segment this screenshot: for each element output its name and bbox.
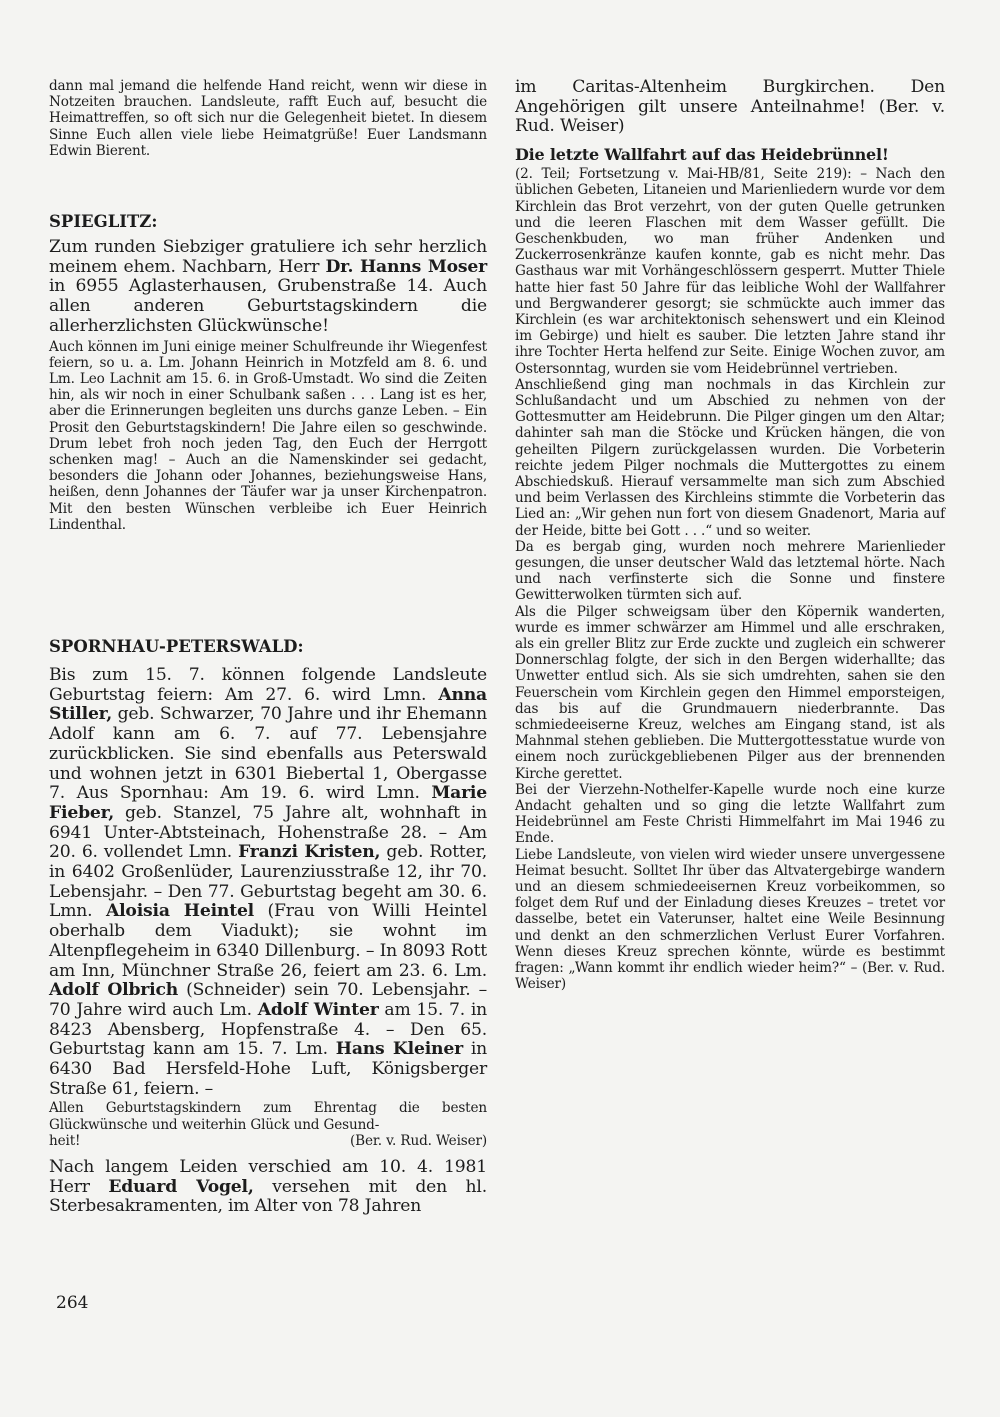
article-paragraph-5: Bei der Vierzehn-Nothelfer-Kapelle wurde…	[515, 782, 945, 847]
closing-end-text: heit!	[49, 1133, 80, 1149]
text-span: in 6955 Aglasterhausen, Grubenstraße 14.…	[49, 276, 487, 335]
section-heading-spieglitz: SPIEGLITZ:	[49, 212, 157, 231]
text-span: geb. Schwarzer, 70 Jahre und ihr Ehemann…	[49, 704, 487, 803]
bold-name: Adolf Winter	[258, 1000, 379, 1020]
bold-name: Adolf Olbrich	[49, 980, 178, 1000]
article-paragraph-6: Liebe Landsleute, von vielen wird wieder…	[515, 847, 945, 993]
spieglitz-section: Zum runden Siebziger gratuliere ich sehr…	[49, 238, 487, 533]
obituary-paragraph: Nach langem Leiden verschied am 10. 4. 1…	[49, 1158, 487, 1217]
intro-paragraph: dann mal jemand die helfende Hand reicht…	[49, 78, 487, 159]
text-span: Bis zum 15. 7. können folgende Landsleut…	[49, 665, 487, 705]
birthday-closing: Allen Geburtstagskindern zum Ehrentag di…	[49, 1100, 487, 1132]
spieglitz-schoolfriends: Auch können im Juni einige meiner Schulf…	[49, 339, 487, 533]
left-column: dann mal jemand die helfende Hand reicht…	[49, 78, 487, 159]
birthday-list-paragraph: Bis zum 15. 7. können folgende Landsleut…	[49, 666, 487, 1099]
obituary-continued: im Caritas-Altenheim Burgkirchen. Den An…	[515, 78, 945, 137]
article-paragraph-2: Anschließend ging man nochmals in das Ki…	[515, 377, 945, 539]
article-paragraph-4: Als die Pilger schweigsam über den Köper…	[515, 604, 945, 782]
bold-name: Hans Kleiner	[336, 1039, 463, 1059]
bold-name: Franzi Kristen,	[238, 842, 380, 862]
spieglitz-greeting: Zum runden Siebziger gratuliere ich sehr…	[49, 238, 487, 337]
right-column: im Caritas-Altenheim Burgkirchen. Den An…	[515, 78, 945, 992]
section-heading-spornhau-peterswald: SPORNHAU-PETERSWALD:	[49, 637, 304, 656]
article-heading: Die letzte Wallfahrt auf das Heidebrünne…	[515, 145, 945, 164]
article-paragraph-3: Da es bergab ging, wurden noch mehrere M…	[515, 539, 945, 604]
page-number: 264	[56, 1293, 88, 1313]
bold-name: Dr. Hanns Moser	[325, 257, 487, 277]
newsletter-page: dann mal jemand die helfende Hand reicht…	[0, 0, 1000, 1417]
spornhau-section: Bis zum 15. 7. können folgende Landsleut…	[49, 666, 487, 1217]
credit-text: (Ber. v. Rud. Weiser)	[350, 1133, 487, 1149]
bold-name: Aloisia Heintel	[106, 901, 254, 921]
bold-name: Eduard Vogel,	[108, 1177, 253, 1197]
article-paragraph-1: (2. Teil; Fortsetzung v. Mai-HB/81, Seit…	[515, 166, 945, 377]
birthday-closing-signature: heit! (Ber. v. Rud. Weiser)	[49, 1133, 487, 1149]
